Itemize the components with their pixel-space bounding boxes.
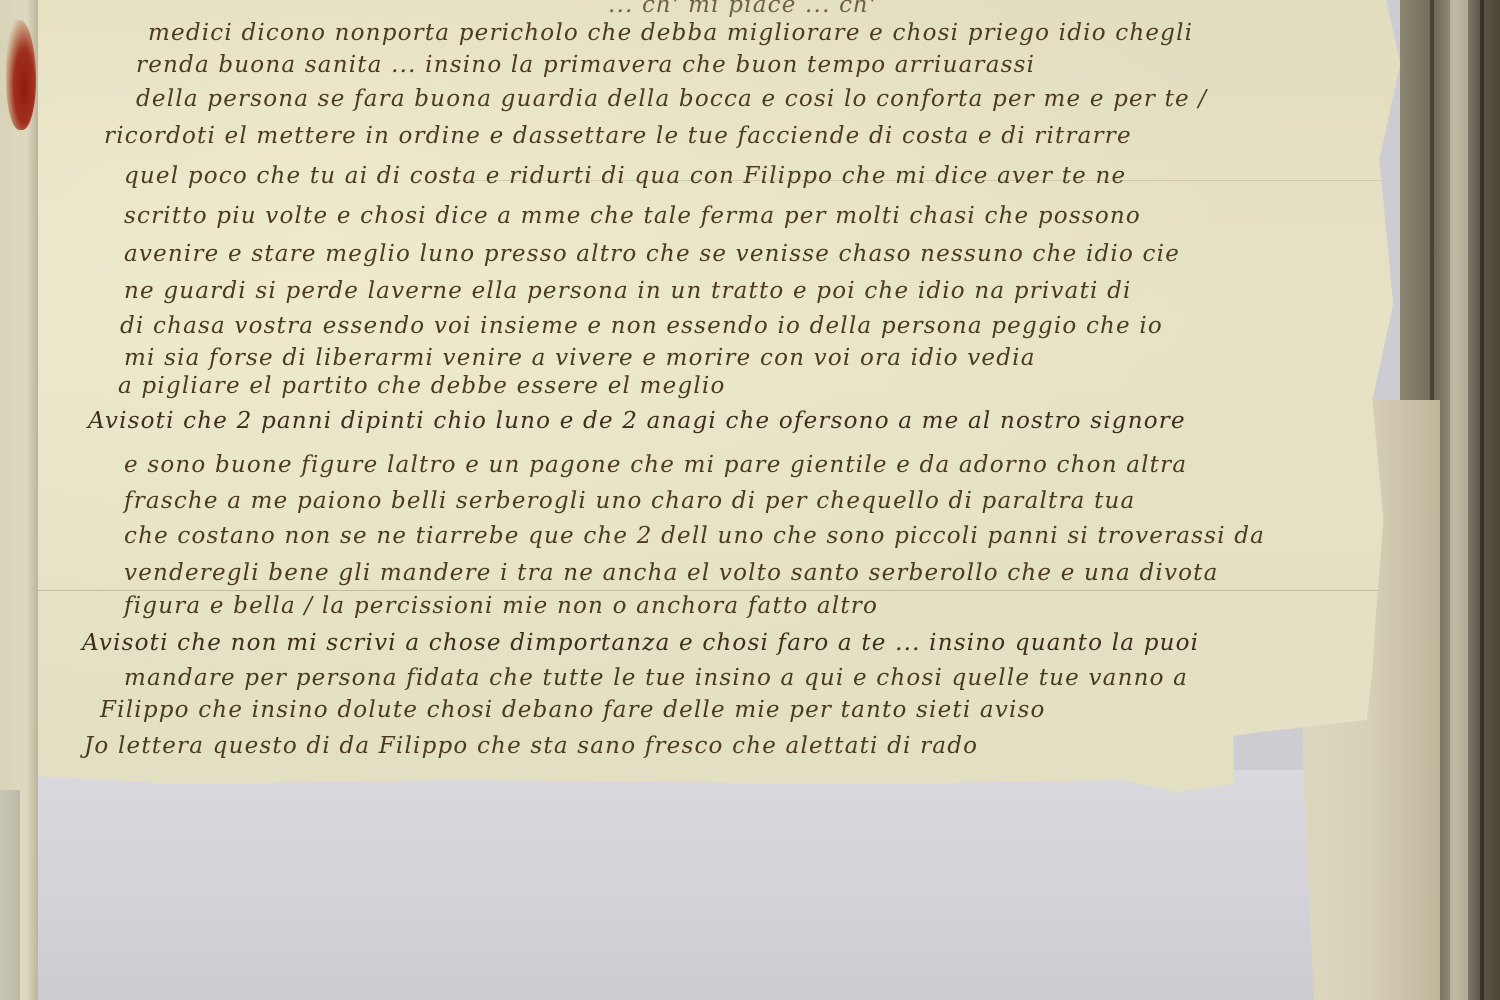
white-backing-sheet [20,770,1380,1000]
text-line: che costano non se ne tiarrebe que che 2… [124,523,1265,549]
manuscript-leaf: ... ch' mi piace ... ch' medici dicono n… [38,0,1428,800]
text-line: ricordoti el mettere in ordine e dassett… [104,123,1132,149]
text-line: mi sia forse di liberarmi venire a viver… [124,345,1036,371]
paragraph-start-line: Avisoti che 2 panni dipinti chio luno e … [88,408,1186,434]
closing-line: Jo lettera questo di da Filippo che sta … [84,733,978,759]
text-line: della persona se fara buona guardia dell… [136,86,1207,112]
text-line: Filippo che insino dolute chosi debano f… [100,697,1046,723]
text-line: a pigliare el partito che debbe essere e… [118,373,726,399]
text-line: di chasa vostra essendo voi insieme e no… [120,313,1163,339]
text-line: venderegli bene gli mandere i tra ne anc… [124,560,1219,586]
text-line: ... ch' mi piace ... ch' [608,0,877,18]
fold-crease [38,590,1428,591]
text-line: ne guardi si perde laverne ella persona … [124,278,1132,304]
text-line: avenire e stare meglio luno presso altro… [124,241,1180,267]
text-line: frasche a me paiono belli serberogli uno… [124,488,1135,514]
text-line: figura e bella / la percissioni mie non … [124,593,878,619]
text-line: scritto piu volte e chosi dice a mme che… [124,203,1141,229]
left-page-margin-lower [0,790,20,1000]
photo-scene: ... ch' mi piace ... ch' medici dicono n… [0,0,1500,1000]
text-line: renda buona sanita ... insino la primave… [136,52,1035,78]
text-line: medici dicono nonporta pericholo che deb… [148,20,1193,46]
paragraph-start-line: Avisoti che non mi scrivi a chose dimpor… [82,630,1199,656]
text-line: mandare per persona fidata che tutte le … [124,665,1188,691]
text-line: e sono buone figure laltro e un pagone c… [124,452,1187,478]
text-line: quel poco che tu ai di costa e ridurti d… [124,163,1126,189]
